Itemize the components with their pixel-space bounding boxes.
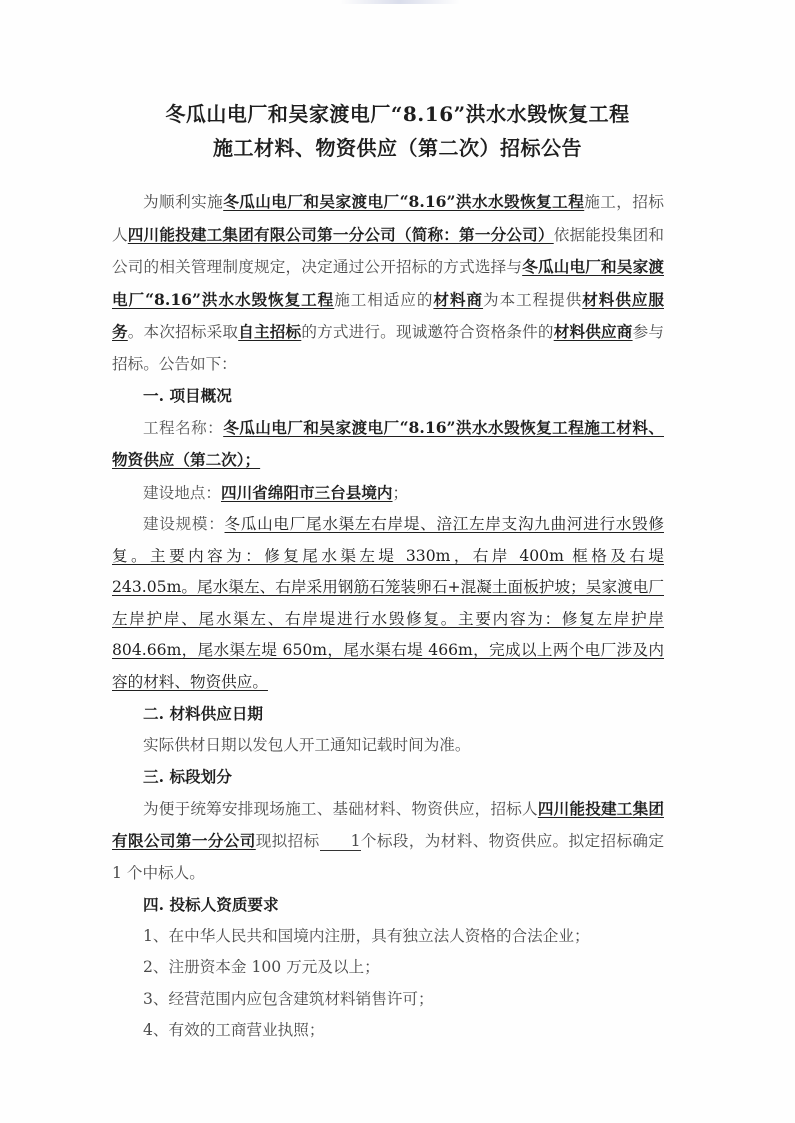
intro-text: 的方式进行。现诚邀符合资格条件的 bbox=[301, 323, 553, 341]
scale-label: 建设规模： bbox=[143, 515, 225, 533]
supplier-type: 材料商 bbox=[433, 290, 483, 309]
requirement-item: 2、注册资本金 100 万元及以上； bbox=[112, 952, 664, 984]
document-body: 为顺利实施冬瓜山电厂和吴家渡电厂“8.16”洪水水毁恢复工程施工，招标人四川能投… bbox=[112, 186, 664, 1047]
section3-text: 现拟招标 bbox=[256, 832, 320, 850]
section2-heading: 二. 材料供应日期 bbox=[112, 698, 664, 730]
tender-method: 自主招标 bbox=[238, 322, 301, 341]
invitee-type: 材料供应商 bbox=[554, 322, 633, 341]
tenderer-name: 四川能投建工集团有限公司第一分公司（简称：第一分公司） bbox=[128, 225, 554, 244]
requirement-item: 4、有效的工商营业执照； bbox=[112, 1015, 664, 1047]
lot-count: 1 bbox=[320, 832, 361, 851]
project-name-label: 工程名称： bbox=[143, 419, 223, 437]
intro-text: 施工相适应的 bbox=[334, 291, 433, 309]
document-title-line1: 冬瓜山电厂和吴家渡电厂“8.16”洪水水毁恢复工程 bbox=[0, 98, 795, 127]
location-value: 四川省绵阳市三台县境内 bbox=[221, 483, 393, 502]
intro-text: 为顺利实施 bbox=[143, 193, 223, 211]
requirement-item: 3、经营范围内应包含建筑材料销售许可； bbox=[112, 984, 664, 1016]
section3-text: 为便于统筹安排现场施工、基础材料、物资供应，招标人 bbox=[143, 800, 538, 818]
section1-heading: 一. 项目概况 bbox=[112, 380, 664, 412]
intro-text: 为本工程提供 bbox=[483, 291, 582, 309]
project-name-link: 冬瓜山电厂和吴家渡电厂“8.16”洪水水毁恢复工程 bbox=[223, 192, 584, 211]
intro-text: 。本次招标采取 bbox=[128, 323, 238, 341]
scale-row: 建设规模：冬瓜山电厂尾水渠左右岸堤、涪江左岸支沟九曲河进行水毁修复。主要内容为：… bbox=[112, 509, 664, 698]
scan-artifact bbox=[340, 0, 460, 4]
intro-paragraph: 为顺利实施冬瓜山电厂和吴家渡电厂“8.16”洪水水毁恢复工程施工，招标人四川能投… bbox=[112, 186, 664, 380]
section3-heading: 三. 标段划分 bbox=[112, 761, 664, 793]
document-title-line2: 施工材料、物资供应（第二次）招标公告 bbox=[0, 132, 795, 161]
requirement-item: 1、在中华人民共和国境内注册，具有独立法人资格的合法企业； bbox=[112, 921, 664, 953]
location-label: 建设地点： bbox=[143, 484, 221, 502]
location-row: 建设地点：四川省绵阳市三台县境内； bbox=[112, 477, 664, 510]
project-name-row: 工程名称：冬瓜山电厂和吴家渡电厂“8.16”洪水水毁恢复工程施工材料、物资供应（… bbox=[112, 412, 664, 477]
section2-text: 实际供材日期以发包人开工通知记载时间为准。 bbox=[112, 730, 664, 762]
section4-heading: 四. 投标人资质要求 bbox=[112, 889, 664, 921]
scale-value: 冬瓜山电厂尾水渠左右岸堤、涪江左岸支沟九曲河进行水毁修复。主要内容为：修复尾水渠… bbox=[112, 515, 664, 691]
document-page: 冬瓜山电厂和吴家渡电厂“8.16”洪水水毁恢复工程 施工材料、物资供应（第二次）… bbox=[0, 0, 795, 1123]
location-end: ； bbox=[393, 484, 409, 502]
section3-paragraph: 为便于统筹安排现场施工、基础材料、物资供应，招标人四川能投建工集团有限公司第一分… bbox=[112, 793, 664, 890]
